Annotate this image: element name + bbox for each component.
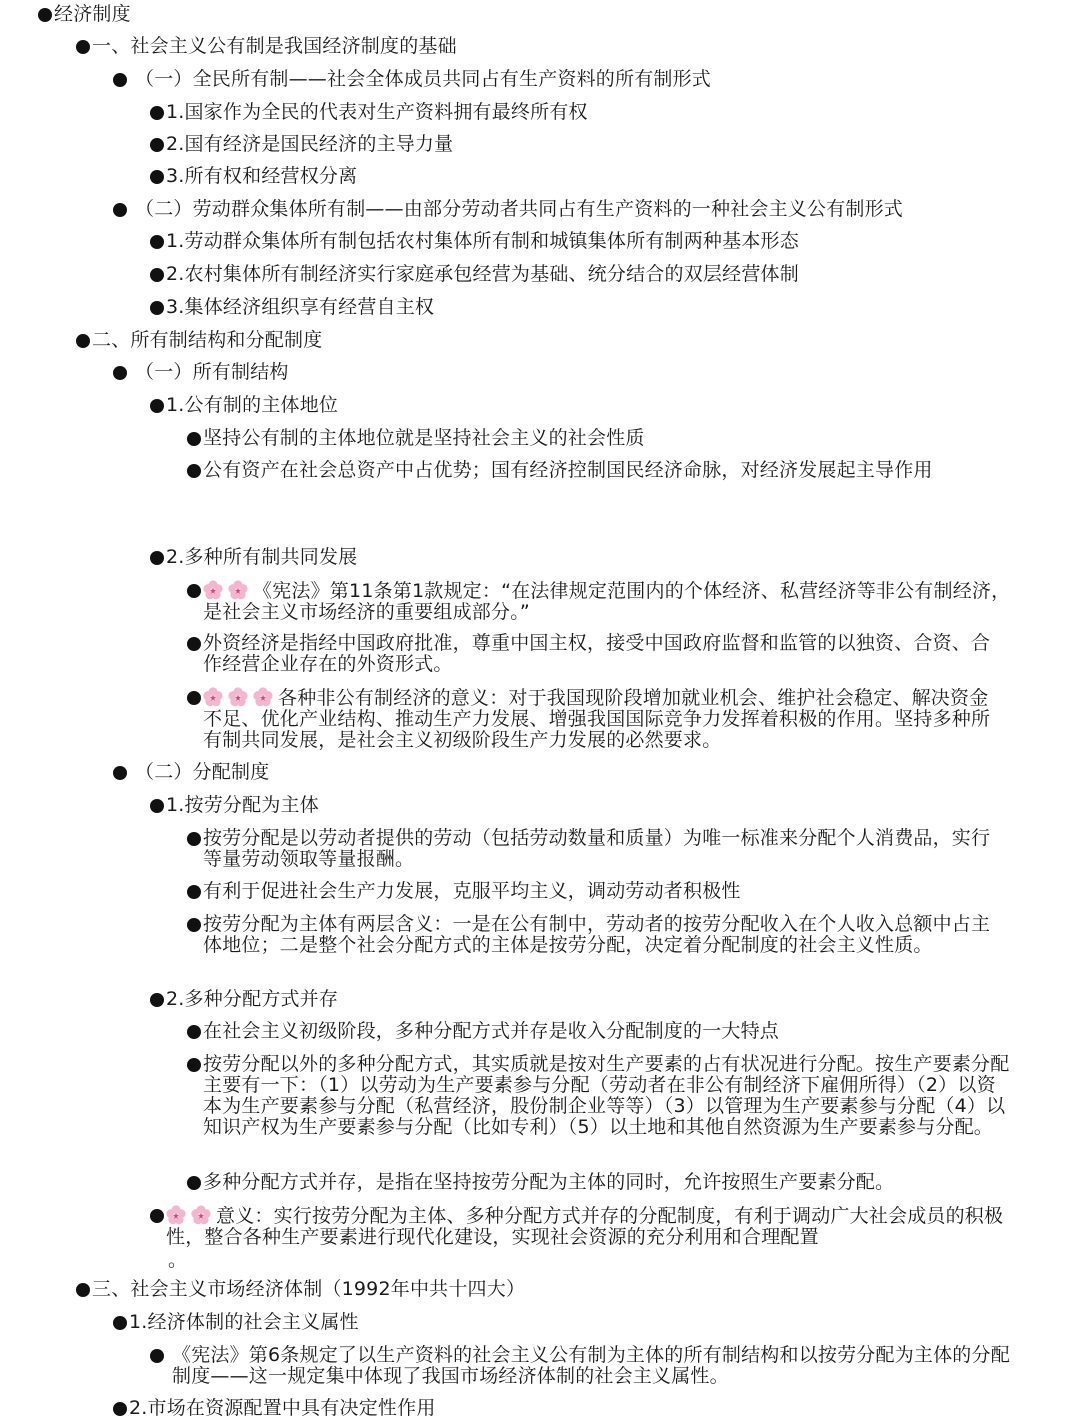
outline-item[interactable]: 1.按劳分配为主体 xyxy=(150,795,319,816)
bullet-icon xyxy=(187,464,201,478)
bullet-icon xyxy=(113,1316,127,1330)
bullet-icon xyxy=(187,584,201,598)
bullet-icon xyxy=(113,766,127,780)
bullet-icon xyxy=(187,1058,201,1072)
cherry-blossom-icon xyxy=(191,1205,211,1225)
bullet-icon xyxy=(150,268,164,282)
bullet-icon xyxy=(38,8,52,22)
section-1[interactable]: 一、社会主义公有制是我国经济制度的基础 xyxy=(76,36,457,57)
outline-item[interactable]: 1.劳动群众集体所有制包括农村集体所有制和城镇集体所有制两种基本形态 xyxy=(150,231,799,252)
outline-item[interactable]: 3.集体经济组织享有经营自主权 xyxy=(150,297,434,318)
bullet-icon xyxy=(76,334,90,348)
bullet-icon xyxy=(187,885,201,899)
bullet-icon xyxy=(187,691,201,705)
outline-point[interactable]: 有利于促进社会生产力发展，克服平均主义，调动劳动者积极性 xyxy=(187,881,1007,902)
outline-item[interactable]: 2.多种所有制共同发展 xyxy=(150,547,357,568)
bullet-icon xyxy=(150,1349,164,1363)
section-1-sub-1[interactable]: （一）全民所有制——社会全体成员共同占有生产资料的所有制形式 xyxy=(113,69,711,90)
bullet-icon xyxy=(113,366,127,380)
bullet-icon xyxy=(187,918,201,932)
outline-item[interactable]: 2.市场在资源配置中具有决定性作用 xyxy=(113,1398,436,1419)
bullet-icon xyxy=(187,637,201,651)
outline-point[interactable]: 各种非公有制经济的意义：对于我国现阶段增加就业机会、维护社会稳定、解决资金不足、… xyxy=(187,687,1007,751)
bullet-icon xyxy=(187,832,201,846)
outline-item[interactable]: 2.国有经济是国民经济的主导力量 xyxy=(150,134,453,155)
cherry-blossom-icon xyxy=(228,580,248,600)
cherry-blossom-icon xyxy=(253,687,273,707)
bullet-icon xyxy=(113,1402,127,1416)
cherry-blossom-icon xyxy=(228,687,248,707)
outline-point[interactable]: 《宪法》第11条第1款规定：“在法律规定范围内的个体经济、私营经济等非公有制经济… xyxy=(187,580,1012,623)
bullet-icon xyxy=(150,399,164,413)
outline-item[interactable]: 3.所有权和经营权分离 xyxy=(150,166,357,187)
outline-point[interactable]: 按劳分配为主体有两层含义：一是在公有制中，劳动者的按劳分配收入在个人收入总额中占… xyxy=(187,914,1007,956)
bullet-icon xyxy=(187,1176,201,1190)
section-3[interactable]: 三、社会主义市场经济体制（1992年中共十四大） xyxy=(76,1279,525,1300)
outline-point[interactable]: 《宪法》第6条规定了以生产资料的社会主义公有制为主体的所有制结构和以按劳分配为主… xyxy=(150,1345,1010,1387)
bullet-icon xyxy=(150,1209,164,1223)
bullet-icon xyxy=(113,73,127,87)
cherry-blossom-icon xyxy=(166,1205,186,1225)
outline-point[interactable]: 在社会主义初级阶段，多种分配方式并存是收入分配制度的一大特点 xyxy=(187,1021,1007,1042)
outline-item[interactable]: 1.经济体制的社会主义属性 xyxy=(113,1312,359,1333)
bullet-icon xyxy=(150,106,164,120)
outline-point[interactable]: 公有资产在社会总资产中占优势；国有经济控制国民经济命脉，对经济发展起主导作用 xyxy=(187,460,1007,481)
bullet-icon xyxy=(150,235,164,249)
outline-item[interactable]: 2.多种分配方式并存 xyxy=(150,989,338,1010)
outline-point[interactable]: 坚持公有制的主体地位就是坚持社会主义的社会性质 xyxy=(187,428,1007,449)
bullet-icon xyxy=(76,40,90,54)
cherry-blossom-icon xyxy=(203,580,223,600)
outline-point[interactable]: 外资经济是指经中国政府批准，尊重中国主权，接受中国政府监督和监管的以独资、合资、… xyxy=(187,633,1007,675)
section-2-sub-1[interactable]: （一）所有制结构 xyxy=(113,362,289,383)
root-title: 经济制度 xyxy=(54,4,131,25)
section-2[interactable]: 二、所有制结构和分配制度 xyxy=(76,330,322,351)
section-2-sub-2[interactable]: （二）分配制度 xyxy=(113,762,269,783)
outline-point[interactable]: 多种分配方式并存，是指在坚持按劳分配为主体的同时，允许按照生产要素分配。 xyxy=(187,1172,1007,1193)
outline-item[interactable]: 1.公有制的主体地位 xyxy=(150,395,338,416)
bullet-icon xyxy=(150,301,164,315)
bullet-icon xyxy=(150,799,164,813)
outline-item[interactable]: 1.国家作为全民的代表对生产资料拥有最终所有权 xyxy=(150,102,588,123)
cherry-blossom-icon xyxy=(203,687,223,707)
bullet-icon xyxy=(150,138,164,152)
outline-item-significance[interactable]: 意义：实行按劳分配为主体、多种分配方式并存的分配制度，有利于调动广大社会成员的积… xyxy=(150,1205,1010,1248)
outline-item[interactable]: 2.农村集体所有制经济实行家庭承包经营为基础、统分结合的双层经营体制 xyxy=(150,264,799,285)
bullet-icon xyxy=(187,1025,201,1039)
outline-point[interactable]: 按劳分配以外的多种分配方式，其实质就是按对生产要素的占有状况进行分配。按生产要素… xyxy=(187,1054,1012,1138)
bullet-icon xyxy=(150,170,164,184)
trailing-period: 。 xyxy=(168,1250,187,1271)
bullet-icon xyxy=(150,993,164,1007)
bullet-icon xyxy=(150,551,164,565)
bullet-icon xyxy=(76,1283,90,1297)
bullet-icon xyxy=(187,432,201,446)
outline-point[interactable]: 按劳分配是以劳动者提供的劳动（包括劳动数量和质量）为唯一标准来分配个人消费品，实… xyxy=(187,828,1007,870)
section-1-sub-2[interactable]: （二）劳动群众集体所有制——由部分劳动者共同占有生产资料的一种社会主义公有制形式 xyxy=(113,199,903,220)
outline-root[interactable]: 经济制度 xyxy=(38,4,131,25)
bullet-icon xyxy=(113,203,127,217)
